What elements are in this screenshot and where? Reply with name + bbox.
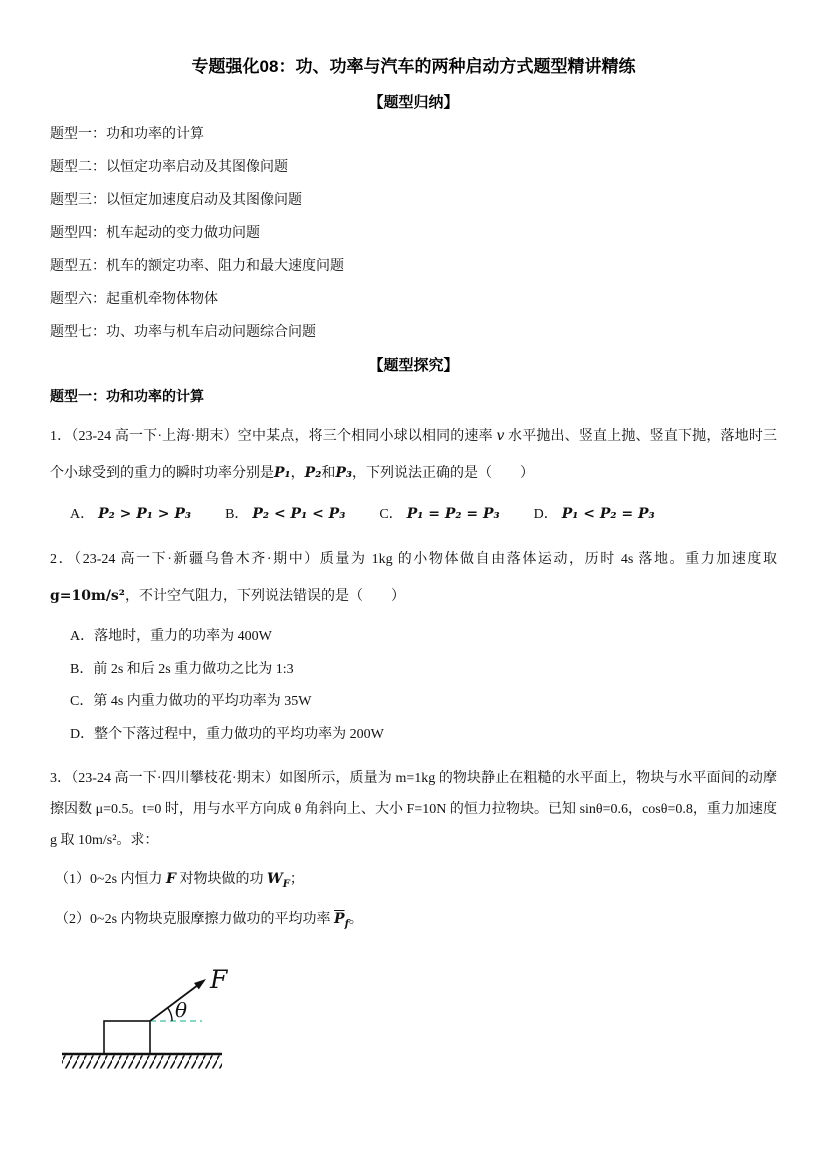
ground-hatching <box>62 1055 222 1068</box>
part-1-end: ； <box>290 872 304 887</box>
angle-arc <box>168 1007 172 1020</box>
type-list: 题型一：功和功率的计算 题型二：以恒定功率启动及其图像问题 题型三：以恒定加速度… <box>50 125 777 343</box>
question-1-stem: 1．（23-24 高一下·上海·期末）空中某点，将三个相同小球以相同的速率 v … <box>50 418 777 492</box>
var-p2: P₂ <box>305 465 322 481</box>
option-label: C． <box>379 507 402 522</box>
question-1-sep1: ， <box>291 466 305 481</box>
force-label: F <box>209 965 229 994</box>
type-list-item-3: 题型三：以恒定加速度启动及其图像问题 <box>50 191 777 211</box>
type-list-item-1: 题型一：功和功率的计算 <box>50 125 777 145</box>
question-2-option-c: C．第 4s 内重力做功的平均功率为 35W <box>70 686 777 719</box>
var-F: F <box>166 871 176 887</box>
question-2-text-b: ，不计空气阻力，下列说法错误的是（ ） <box>125 589 405 604</box>
angle-label: θ <box>175 998 187 1022</box>
question-2-option-a: A．落地时，重力的功率为 400W <box>70 621 777 654</box>
document-page: 专题强化08：功、功率与汽车的两种启动方式题型精讲精练 【题型归纳】 题型一：功… <box>0 0 827 1169</box>
option-formula: P₂ < P₁ < P₃ <box>252 506 345 522</box>
figure-container: F θ <box>56 962 777 1089</box>
var-p1: P₁ <box>274 465 291 481</box>
option-label: B． <box>225 507 248 522</box>
question-2-text-a: 2．（23-24 高一下·新疆乌鲁木齐·期中）质量为 1kg 的小物体做自由落体… <box>50 552 777 567</box>
var-W-sub: F <box>283 879 290 890</box>
question-3-part-1: （1）0~2s 内恒力 F 对物块做的功 WF； <box>55 862 777 902</box>
var-P-bar: P <box>334 911 345 927</box>
section-heading-summary: 【题型归纳】 <box>50 93 777 113</box>
part-1-text-mid: 对物块做的功 <box>176 872 267 887</box>
type-list-item-5: 题型五：机车的额定功率、阻力和最大速度问题 <box>50 257 777 277</box>
question-2-option-b: B．前 2s 和后 2s 重力做功之比为 1:3 <box>70 654 777 687</box>
question-2-options: A．落地时，重力的功率为 400W B．前 2s 和后 2s 重力做功之比为 1… <box>70 621 777 751</box>
question-2-stem: 2．（23-24 高一下·新疆乌鲁木齐·期中）质量为 1kg 的小物体做自由落体… <box>50 541 777 615</box>
block <box>104 1021 150 1054</box>
section-heading-explore: 【题型探究】 <box>50 356 777 376</box>
option-formula: P₁ = P₂ = P₃ <box>407 506 500 522</box>
subsection-heading: 题型一：功和功率的计算 <box>50 386 777 406</box>
question-1-options: A．P₂ > P₁ > P₃ B．P₂ < P₁ < P₃ C．P₁ = P₂ … <box>70 502 777 527</box>
var-p3: P₃ <box>335 465 352 481</box>
figure-force-diagram: F θ <box>56 962 291 1084</box>
formula-g: g=10m/s² <box>50 588 125 604</box>
question-1-option-a: A．P₂ > P₁ > P₃ <box>70 502 191 527</box>
question-1-text-a: 1．（23-24 高一下·上海·期末）空中某点，将三个相同小球以相同的速率 <box>50 429 496 444</box>
question-3-parts: （1）0~2s 内恒力 F 对物块做的功 WF； （2）0~2s 内物块克服摩擦… <box>50 862 777 942</box>
part-2-end: 。 <box>349 912 363 927</box>
question-3-stem: 3．（23-24 高一下·四川攀枝花·期末）如图所示，质量为 m=1kg 的物块… <box>50 763 777 856</box>
var-W: W <box>267 871 283 887</box>
question-1-option-b: B．P₂ < P₁ < P₃ <box>225 502 345 527</box>
type-list-item-4: 题型四：机车起动的变力做功问题 <box>50 224 777 244</box>
question-2-option-d: D．整个下落过程中，重力做功的平均功率为 200W <box>70 719 777 752</box>
part-2-text: （2）0~2s 内物块克服摩擦力做功的平均功率 <box>55 912 334 927</box>
question-3-part-2: （2）0~2s 内物块克服摩擦力做功的平均功率 Pf。 <box>55 902 777 942</box>
question-1-sep2: 和 <box>321 466 335 481</box>
option-formula: P₂ > P₁ > P₃ <box>98 506 191 522</box>
type-list-item-6: 题型六：起重机牵物体物体 <box>50 290 777 310</box>
option-label: D． <box>534 507 558 522</box>
question-1-option-d: D．P₁ < P₂ = P₃ <box>534 502 655 527</box>
question-1-option-c: C．P₁ = P₂ = P₃ <box>379 502 499 527</box>
type-list-item-7: 题型七：功、功率与机车启动问题综合问题 <box>50 323 777 343</box>
option-label: A． <box>70 507 94 522</box>
force-arrow-head <box>194 979 206 989</box>
question-1-text-c: ，下列说法正确的是（ ） <box>352 466 534 481</box>
type-list-item-2: 题型二：以恒定功率启动及其图像问题 <box>50 158 777 178</box>
page-title: 专题强化08：功、功率与汽车的两种启动方式题型精讲精练 <box>50 55 777 79</box>
part-1-text: （1）0~2s 内恒力 <box>55 872 166 887</box>
option-formula: P₁ < P₂ = P₃ <box>562 506 655 522</box>
